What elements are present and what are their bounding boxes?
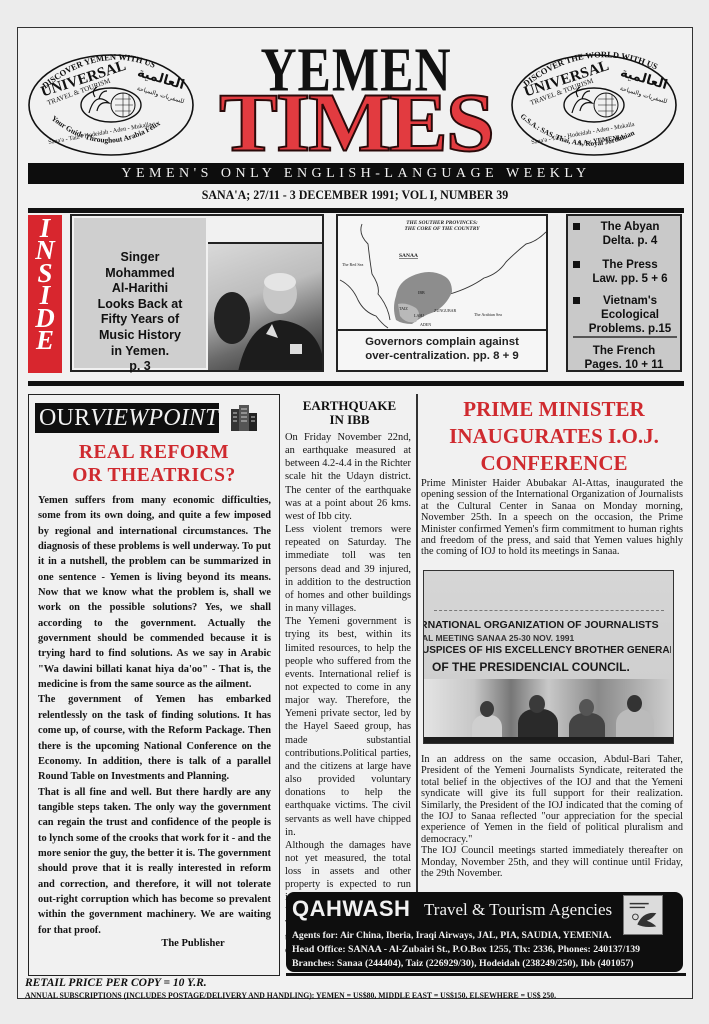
teaser-line: The French [568, 344, 680, 358]
map-southern-provinces: THE SOUTHER PROVINCES: THE CORE OF THE C… [338, 216, 546, 331]
editorial-headline: REAL REFORM OR THEATRICS? [29, 441, 279, 487]
banner-line: USPICES OF HIS EXCELLENCY BROTHER GENERA… [423, 645, 671, 656]
iojc-article: PRIME MINISTER INAUGURATES I.O.J. CONFER… [419, 394, 689, 894]
divider [28, 381, 684, 386]
teaser-line: Ecological [580, 308, 680, 322]
teaser-line: Vietnam's [580, 294, 680, 308]
divider [573, 336, 677, 338]
teaser-line: Looks Back at [74, 297, 206, 313]
paragraph: The Yemeni government is trying its best… [285, 615, 411, 839]
headline-line: CONFERENCE [419, 450, 689, 477]
singer-teaser-text: Singer Mohammed Al-Harithi Looks Back at… [74, 218, 206, 368]
universal-travel-logo-right: DISCOVER THE WORLD WITH US UNIVERSAL TRA… [508, 41, 680, 159]
ad-head-office: Head Office: SANAA - Al-Zubairi St., P.O… [292, 944, 640, 955]
headline-line: PRIME MINISTER [419, 396, 689, 423]
banner-line: OF THE PRESIDENCIAL COUNCIL. [432, 660, 674, 674]
universal-travel-logo-left: DISCOVER YEMEN WITH US UNIVERSAL TRAVEL … [25, 41, 197, 159]
subscription-info: ANNUAL SUBSCRIPTIONS (INCLUDES POSTAGE/D… [25, 991, 556, 1000]
banner-line: RNATIONAL ORGANIZATION OF JOURNALISTS [423, 619, 669, 631]
headline-line: OR THEATRICS? [29, 464, 279, 487]
teaser-line: Pages. 10 + 11 [568, 358, 680, 372]
our-viewpoint-banner: OURVIEWPOINT [35, 403, 219, 433]
iojc-lead: Prime Minister Haider Abubakar Al-Attas,… [421, 478, 683, 558]
teaser-line: The Abyan [580, 220, 680, 234]
paragraph: That is all fine and well. But there har… [38, 785, 271, 938]
caption-line: over-centralization. pp. 8 + 9 [338, 349, 546, 363]
ad-agents: Agents for: Air China, Iberia, Iraqi Air… [292, 930, 612, 941]
inside-teaser-singer[interactable]: Singer Mohammed Al-Harithi Looks Back at… [70, 214, 324, 372]
teaser-line: Mohammed [74, 266, 206, 282]
bird-logo-icon [623, 895, 663, 935]
teaser-line: Law. pp. 5 + 6 [580, 272, 680, 286]
svg-text:ZUNGUBAR: ZUNGUBAR [434, 308, 457, 313]
headline-line: EARTHQUAKE [283, 399, 416, 413]
arabic-banner-text [434, 593, 664, 611]
conference-banner: RNATIONAL ORGANIZATION OF JOURNALISTS AL… [424, 571, 673, 679]
inside-teaser-map[interactable]: THE SOUTHER PROVINCES: THE CORE OF THE C… [336, 214, 548, 372]
square-bullet-icon [573, 223, 580, 230]
earthquake-article: EARTHQUAKE IN IBB On Friday November 22n… [283, 394, 416, 894]
paragraph: Less violent tremors were repeated on Sa… [285, 523, 411, 615]
teaser-french-pages[interactable]: The French Pages. 10 + 11 [568, 344, 680, 372]
conference-panel-image [424, 679, 673, 744]
editorial-body: Yemen suffers from many economic difficu… [38, 493, 271, 938]
divider [286, 973, 686, 976]
singer-photo [208, 242, 322, 370]
teaser-line: Singer [74, 250, 206, 266]
headline-line: IN IBB [283, 413, 416, 427]
teaser-line: Al-Harithi [74, 281, 206, 297]
divider [28, 208, 684, 213]
map-teaser-caption: Governors complain against over-centrali… [338, 335, 546, 363]
caption-line: Governors complain against [338, 335, 546, 349]
teaser-line: Delta. p. 4 [580, 234, 680, 248]
earthquake-body: On Friday November 22nd, an earthquake m… [285, 431, 411, 957]
svg-text:The Red Sea: The Red Sea [342, 262, 364, 267]
teaser-abyan-delta[interactable]: The Abyan Delta. p. 4 [568, 220, 680, 248]
svg-text:THE CORE OF THE COUNTRY: THE CORE OF THE COUNTRY [405, 226, 481, 232]
iojc-headline: PRIME MINISTER INAUGURATES I.O.J. CONFER… [419, 396, 689, 477]
retail-price: RETAIL PRICE PER COPY = 10 Y.R. [25, 977, 207, 989]
svg-text:IBB: IBB [418, 290, 425, 295]
square-bullet-icon [573, 261, 580, 268]
banner-text: OUR [39, 405, 90, 431]
masthead-title: YEMEN TIMES [208, 38, 504, 163]
teaser-line: Fifty Years of [74, 312, 206, 328]
ad-subtitle: Travel & Tourism Agencies [424, 900, 612, 920]
square-bullet-icon [573, 297, 580, 304]
inside-letter: E [28, 329, 62, 351]
svg-text:TAIZ: TAIZ [399, 306, 408, 311]
editorial-signature: The Publisher [29, 938, 279, 949]
teaser-line: in Yemen. [74, 344, 206, 360]
svg-text:ADEN: ADEN [420, 322, 431, 327]
svg-text:SANAA: SANAA [399, 253, 418, 259]
qahwash-advertisement: QAHWASH Travel & Tourism Agencies Agents… [286, 892, 683, 972]
inside-label: I N S I D E [28, 215, 62, 373]
newspaper-front-page: DISCOVER YEMEN WITH US UNIVERSAL TRAVEL … [17, 27, 693, 999]
headline-line: INAUGURATES I.O.J. [419, 423, 689, 450]
paragraph: Yemen suffers from many economic difficu… [38, 493, 271, 692]
title-times: TIMES [208, 82, 504, 166]
paragraph: The government of Yemen has embarked rel… [38, 692, 271, 784]
banner-text: VIEWPOINT [90, 405, 218, 431]
headline-line: REAL REFORM [29, 441, 279, 464]
tagline-bar: YEMEN'S ONLY ENGLISH-LANGUAGE WEEKLY [28, 163, 684, 184]
teaser-vietnam-ecology[interactable]: Vietnam's Ecological Problems. p.15 [568, 294, 680, 336]
paragraph: The IOJ Council meetings started immedia… [421, 845, 683, 879]
ad-branches: Branches: Sanaa (244404), Taiz (226929/3… [292, 958, 634, 969]
inside-teaser-list: The Abyan Delta. p. 4 The Press Law. pp.… [566, 214, 682, 372]
teaser-line: p. 3 [74, 359, 206, 375]
banner-line: AL MEETING SANAA 25-30 NOV. 1991 [423, 633, 671, 643]
globe-logo-icon: DISCOVER YEMEN WITH US UNIVERSAL TRAVEL … [25, 41, 197, 159]
teaser-press-law[interactable]: The Press Law. pp. 5 + 6 [568, 258, 680, 286]
editorial-column: OURVIEWPOINT REAL REFORM OR THEATRICS? Y… [28, 394, 280, 976]
building-icon [227, 403, 259, 433]
teaser-line: Problems. p.15 [580, 322, 680, 336]
teaser-line: The Press [580, 258, 680, 272]
dateline: SANA'A; 27/11 - 3 DECEMBER 1991; VOL I, … [45, 187, 665, 203]
svg-text:LAHJ: LAHJ [414, 313, 424, 318]
teaser-line: Music History [74, 328, 206, 344]
column-divider [416, 394, 418, 896]
svg-text:The Arabian Sea: The Arabian Sea [474, 312, 502, 317]
paragraph: In an address on the same occasion, Abdu… [421, 754, 683, 845]
earthquake-headline: EARTHQUAKE IN IBB [283, 399, 416, 426]
globe-logo-icon: DISCOVER THE WORLD WITH US UNIVERSAL TRA… [508, 41, 680, 159]
iojc-body: In an address on the same occasion, Abdu… [421, 754, 683, 879]
conference-photo: RNATIONAL ORGANIZATION OF JOURNALISTS AL… [423, 570, 674, 744]
ad-brand: QAHWASH [292, 896, 410, 922]
paragraph: On Friday November 22nd, an earthquake m… [285, 431, 411, 523]
